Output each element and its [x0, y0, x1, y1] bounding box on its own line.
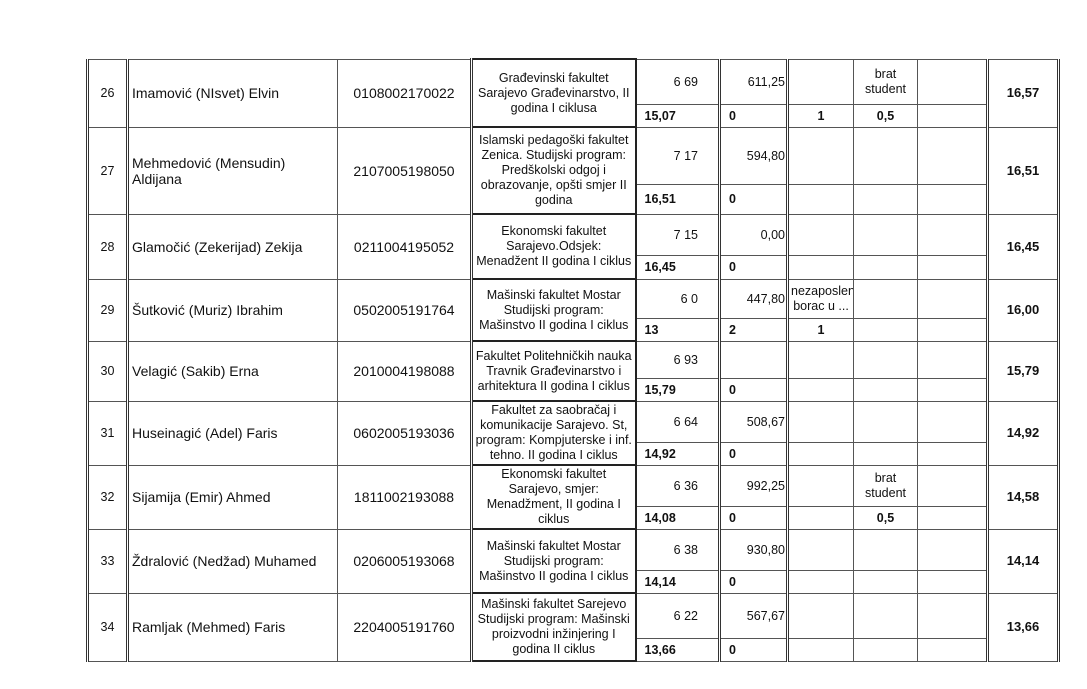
faculty-program: Fakultet Politehničkih nauka Travnik Gra… [472, 341, 636, 401]
total-points: 14,92 [988, 401, 1059, 465]
income-points: 0 [720, 570, 788, 593]
criterion-5-note [918, 529, 988, 570]
criterion-5-note [918, 127, 988, 184]
student-jmbg: 2204005191760 [338, 593, 472, 661]
criterion-3-points [788, 184, 854, 214]
grade-points: 16,45 [636, 255, 720, 279]
grade-average: 6 93 [636, 341, 720, 378]
grade-average: 6 36 [636, 465, 720, 506]
income-points: 2 [720, 318, 788, 341]
student-name: Sijamija (Emir) Ahmed [128, 465, 338, 529]
table-row-top: 32 Sijamija (Emir) Ahmed 1811002193088 E… [88, 465, 1059, 506]
student-name: Ždralović (Nedžad) Muhamed [128, 529, 338, 593]
total-points: 16,00 [988, 279, 1059, 341]
row-number: 34 [88, 593, 128, 661]
total-points: 16,51 [988, 127, 1059, 214]
ranking-table: 26 Imamović (NIsvet) Elvin 0108002170022… [86, 58, 1060, 662]
criterion-3-note [788, 529, 854, 570]
criterion-3-note [788, 214, 854, 255]
criterion-4-points [854, 318, 918, 341]
student-jmbg: 2010004198088 [338, 341, 472, 401]
income-per-member: 611,25 [720, 59, 788, 104]
grade-points: 13 [636, 318, 720, 341]
student-name: Ramljak (Mehmed) Faris [128, 593, 338, 661]
table-row-top: 29 Šutković (Muriz) Ibrahim 050200519176… [88, 279, 1059, 318]
criterion-3-note [788, 593, 854, 638]
income-per-member: 992,25 [720, 465, 788, 506]
student-jmbg: 0206005193068 [338, 529, 472, 593]
criterion-4-points [854, 184, 918, 214]
criterion-4-points [854, 378, 918, 401]
total-points: 16,57 [988, 59, 1059, 127]
income-points: 0 [720, 638, 788, 661]
income-per-member: 508,67 [720, 401, 788, 442]
grade-points: 16,51 [636, 184, 720, 214]
row-number: 32 [88, 465, 128, 529]
criterion-5-points [918, 255, 988, 279]
income-per-member: 567,67 [720, 593, 788, 638]
faculty-program: Mašinski fakultet Mostar Studijski progr… [472, 279, 636, 341]
criterion-5-points [918, 378, 988, 401]
grade-points: 14,14 [636, 570, 720, 593]
table-row-top: 28 Glamočić (Zekerijad) Zekija 021100419… [88, 214, 1059, 255]
income-points: 0 [720, 104, 788, 127]
table-row-top: 31 Huseinagić (Adel) Faris 0602005193036… [88, 401, 1059, 442]
criterion-4-points: 0,5 [854, 506, 918, 529]
criterion-3-points: 1 [788, 318, 854, 341]
criterion-5-points [918, 318, 988, 341]
income-per-member: 0,00 [720, 214, 788, 255]
faculty-program: Mašinski fakultet Sarejevo Studijski pro… [472, 593, 636, 661]
student-name: Mehmedović (Mensudin) Aldijana [128, 127, 338, 214]
criterion-5-points [918, 104, 988, 127]
row-number: 28 [88, 214, 128, 279]
faculty-program: Građevinski fakultet Sarajevo Građevinar… [472, 59, 636, 127]
criterion-4-note: brat student [854, 59, 918, 104]
criterion-3-note: nezaposleni borac u ... [788, 279, 854, 318]
student-name: Huseinagić (Adel) Faris [128, 401, 338, 465]
criterion-3-points: 1 [788, 104, 854, 127]
row-number: 31 [88, 401, 128, 465]
student-ranking-table: 26 Imamović (NIsvet) Elvin 0108002170022… [86, 58, 1057, 662]
income-per-member: 447,80 [720, 279, 788, 318]
criterion-4-points [854, 570, 918, 593]
criterion-3-note [788, 127, 854, 184]
criterion-3-note [788, 59, 854, 104]
criterion-4-note [854, 401, 918, 442]
grade-average: 6 38 [636, 529, 720, 570]
criterion-5-note [918, 401, 988, 442]
faculty-program: Fakultet za saobračaj i komunikacije Sar… [472, 401, 636, 465]
grade-points: 15,79 [636, 378, 720, 401]
income-per-member: 594,80 [720, 127, 788, 184]
criterion-4-note [854, 529, 918, 570]
table-row-top: 30 Velagić (Sakib) Erna 2010004198088 Fa… [88, 341, 1059, 378]
grade-points: 13,66 [636, 638, 720, 661]
criterion-5-points [918, 638, 988, 661]
criterion-3-note [788, 341, 854, 378]
faculty-program: Ekonomski fakultet Sarajevo.Odsjek: Mena… [472, 214, 636, 279]
grade-average: 6 64 [636, 401, 720, 442]
student-jmbg: 0502005191764 [338, 279, 472, 341]
criterion-3-points [788, 378, 854, 401]
table-row-top: 27 Mehmedović (Mensudin) Aldijana 210700… [88, 127, 1059, 184]
student-name: Imamović (NIsvet) Elvin [128, 59, 338, 127]
criterion-5-note [918, 279, 988, 318]
student-jmbg: 0108002170022 [338, 59, 472, 127]
total-points: 13,66 [988, 593, 1059, 661]
row-number: 29 [88, 279, 128, 341]
table-row-top: 34 Ramljak (Mehmed) Faris 2204005191760 … [88, 593, 1059, 638]
criterion-5-points [918, 184, 988, 214]
income-points: 0 [720, 255, 788, 279]
table-row-top: 33 Ždralović (Nedžad) Muhamed 0206005193… [88, 529, 1059, 570]
total-points: 16,45 [988, 214, 1059, 279]
income-points: 0 [720, 184, 788, 214]
criterion-5-points [918, 570, 988, 593]
row-number: 30 [88, 341, 128, 401]
criterion-4-note [854, 341, 918, 378]
grade-average: 6 0 [636, 279, 720, 318]
criterion-3-points [788, 570, 854, 593]
student-name: Glamočić (Zekerijad) Zekija [128, 214, 338, 279]
income-points: 0 [720, 506, 788, 529]
student-jmbg: 0211004195052 [338, 214, 472, 279]
student-jmbg: 1811002193088 [338, 465, 472, 529]
criterion-5-note [918, 214, 988, 255]
criterion-3-note [788, 401, 854, 442]
grade-points: 14,08 [636, 506, 720, 529]
row-number: 27 [88, 127, 128, 214]
grade-average: 7 17 [636, 127, 720, 184]
criterion-4-note: brat student [854, 465, 918, 506]
income-points: 0 [720, 442, 788, 465]
faculty-program: Mašinski fakultet Mostar Studijski progr… [472, 529, 636, 593]
student-name: Šutković (Muriz) Ibrahim [128, 279, 338, 341]
criterion-5-note [918, 59, 988, 104]
income-per-member [720, 341, 788, 378]
criterion-3-points [788, 442, 854, 465]
grade-average: 7 15 [636, 214, 720, 255]
criterion-4-note [854, 279, 918, 318]
criterion-3-points [788, 638, 854, 661]
criterion-4-note [854, 593, 918, 638]
grade-points: 14,92 [636, 442, 720, 465]
criterion-4-note [854, 127, 918, 184]
student-name: Velagić (Sakib) Erna [128, 341, 338, 401]
income-per-member: 930,80 [720, 529, 788, 570]
criterion-3-points [788, 506, 854, 529]
criterion-4-note [854, 214, 918, 255]
faculty-program: Islamski pedagoški fakultet Zenica. Stud… [472, 127, 636, 214]
income-points: 0 [720, 378, 788, 401]
criterion-5-note [918, 593, 988, 638]
faculty-program: Ekonomski fakultet Sarajevo, smjer: Mena… [472, 465, 636, 529]
grade-average: 6 69 [636, 59, 720, 104]
row-number: 33 [88, 529, 128, 593]
criterion-4-points [854, 442, 918, 465]
student-jmbg: 2107005198050 [338, 127, 472, 214]
total-points: 14,14 [988, 529, 1059, 593]
row-number: 26 [88, 59, 128, 127]
criterion-5-points [918, 506, 988, 529]
criterion-4-points [854, 638, 918, 661]
grade-points: 15,07 [636, 104, 720, 127]
criterion-3-points [788, 255, 854, 279]
criterion-4-points [854, 255, 918, 279]
criterion-5-note [918, 341, 988, 378]
total-points: 14,58 [988, 465, 1059, 529]
student-jmbg: 0602005193036 [338, 401, 472, 465]
total-points: 15,79 [988, 341, 1059, 401]
criterion-4-points: 0,5 [854, 104, 918, 127]
criterion-3-note [788, 465, 854, 506]
criterion-5-note [918, 465, 988, 506]
grade-average: 6 22 [636, 593, 720, 638]
table-row-top: 26 Imamović (NIsvet) Elvin 0108002170022… [88, 59, 1059, 104]
criterion-5-points [918, 442, 988, 465]
